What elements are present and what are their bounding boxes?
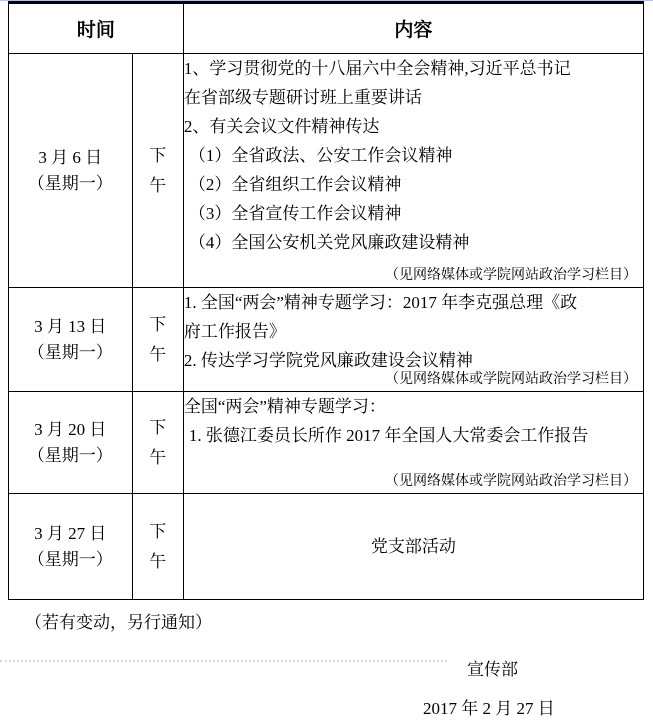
- content-line: （2）全省组织工作会议精神: [184, 170, 643, 199]
- content-cell: 1、学习贯彻党的十八届六中全会精神,习近平总书记 在省部级专题研讨班上重要讲话 …: [183, 54, 643, 288]
- period-text: 午: [133, 340, 183, 370]
- content-line: （4）全国公安机关党风廉政建设精神: [184, 228, 643, 257]
- table-row-march-27: 3 月 27 日 （星期一） 下 午 党支部活动: [9, 494, 644, 600]
- content-line: 1、学习贯彻党的十八届六中全会精神,习近平总书记: [184, 54, 643, 83]
- content-line: 全国“两会”精神专题学习：: [184, 392, 643, 421]
- table-row-march-6: 3 月 6 日 （星期一） 下 午 1、学习贯彻党的十八届六中全会精神,习近平总…: [9, 54, 644, 288]
- period-text: 下: [133, 141, 183, 171]
- date-cell: 3 月 6 日 （星期一）: [9, 54, 133, 288]
- period-text: 午: [133, 171, 183, 201]
- change-notice: （若有变动，另行通知）: [25, 608, 212, 633]
- content-line: 1. 全国“两会”精神专题学习：2017 年李克强总理《政: [184, 288, 643, 317]
- time-column-header: 时间: [9, 3, 184, 54]
- weekday-text: （星期一）: [9, 547, 132, 573]
- date-cell: 3 月 20 日 （星期一）: [9, 392, 133, 494]
- signature-date: 2017 年 2 月 27 日: [423, 694, 555, 719]
- content-line: 1. 张德江委员长所作 2017 年全国人大常委会工作报告: [184, 421, 643, 450]
- source-note: （见网络媒体或学院网站政治学习栏目）: [385, 473, 637, 490]
- period-text: 下: [133, 310, 183, 340]
- content-cell: 全国“两会”精神专题学习： 1. 张德江委员长所作 2017 年全国人大常委会工…: [183, 392, 643, 494]
- period-text: 午: [133, 443, 183, 473]
- period-cell: 下 午: [132, 392, 183, 494]
- period-cell: 下 午: [132, 288, 183, 392]
- content-line: （3）全省宣传工作会议精神: [184, 199, 643, 228]
- content-line: （1）全省政法、公安工作会议精神: [184, 141, 643, 170]
- content-column-header: 内容: [183, 3, 643, 54]
- date-cell: 3 月 13 日 （星期一）: [9, 288, 133, 392]
- period-cell: 下 午: [132, 54, 183, 288]
- content-line: 党支部活动: [184, 532, 643, 561]
- source-note: （见网络媒体或学院网站政治学习栏目）: [385, 371, 637, 388]
- date-text: 3 月 20 日: [9, 417, 132, 443]
- table-row-march-20: 3 月 20 日 （星期一） 下 午 全国“两会”精神专题学习： 1. 张德江委…: [9, 392, 644, 494]
- table-row-march-13: 3 月 13 日 （星期一） 下 午 1. 全国“两会”精神专题学习：2017 …: [9, 288, 644, 392]
- weekday-text: （星期一）: [9, 340, 132, 366]
- date-text: 3 月 13 日: [9, 314, 132, 340]
- source-note: （见网络媒体或学院网站政治学习栏目）: [385, 267, 637, 284]
- content-cell: 党支部活动: [183, 494, 643, 600]
- weekday-text: （星期一）: [9, 443, 132, 469]
- content-cell: 1. 全国“两会”精神专题学习：2017 年李克强总理《政 府工作报告》 2. …: [183, 288, 643, 392]
- document-page: { "colors": { "top_accent": "#b5c1df", "…: [0, 0, 653, 728]
- period-text: 午: [133, 547, 183, 577]
- period-text: 下: [133, 517, 183, 547]
- content-line: 2、有关会议文件精神传达: [184, 112, 643, 141]
- weekday-text: （星期一）: [9, 171, 132, 197]
- date-cell: 3 月 27 日 （星期一）: [9, 494, 133, 600]
- content-line: 在省部级专题研讨班上重要讲话: [184, 83, 643, 112]
- header-row: 时间 内容: [9, 3, 644, 54]
- date-text: 3 月 6 日: [9, 145, 132, 171]
- schedule-table: 时间 内容 3 月 6 日 （星期一） 下 午 1、学习贯彻党的十八届六中全会精…: [8, 1, 644, 600]
- signature-department: 宣传部: [467, 655, 518, 680]
- period-cell: 下 午: [132, 494, 183, 600]
- period-text: 下: [133, 413, 183, 443]
- date-text: 3 月 27 日: [9, 521, 132, 547]
- dotted-divider: [0, 660, 447, 662]
- content-line: 府工作报告》: [184, 317, 643, 346]
